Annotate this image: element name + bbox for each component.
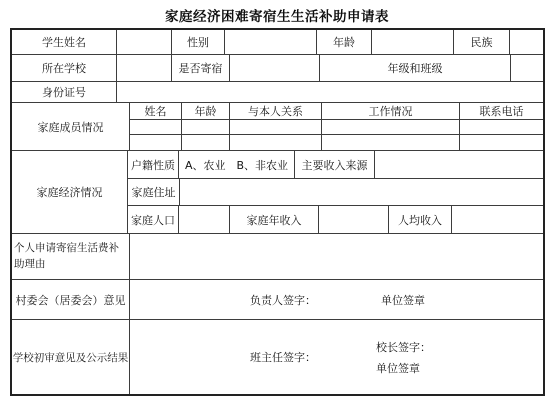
unit-seal-label: 单位签章 [381,292,425,308]
grade-class-label: 年级和班级 [320,55,511,81]
member-age-input-cell[interactable] [182,135,230,150]
principal-sign-block: 校长签字： 单位签章 [376,339,431,376]
grade-class-input-cell[interactable] [511,55,543,81]
application-form-page: 家庭经济困难寄宿生生活补助申请表 学生姓名 性别 年龄 民族 所在学校 是否寄宿… [0,0,554,400]
family-income-row: 家庭人口 家庭年收入 人均收入 [128,206,543,233]
principal-sign-label: 校长签字： [376,339,431,355]
per-capita-income-label: 人均收入 [389,206,452,233]
per-capita-income-input-cell[interactable] [452,206,543,233]
annual-income-input-cell[interactable] [319,206,389,233]
home-address-row: 家庭住址 [128,179,543,206]
member-phone-input-cell[interactable] [460,135,543,150]
member-work-column-header: 工作情况 [322,103,460,119]
id-number-input-cell[interactable] [117,82,543,102]
income-source-input-cell[interactable] [375,151,543,178]
family-members-section-label: 家庭成员情况 [12,103,130,150]
application-reason-row: 个人申请寄宿生活费补助理由 [12,234,543,280]
member-name-input-cell[interactable] [130,135,182,150]
row-id-number: 身份证号 [12,82,543,103]
household-type-row: 户籍性质 A、农业 B、非农业 主要收入来源 [128,151,543,179]
household-type-label: 户籍性质 [128,151,179,178]
family-size-input-cell[interactable] [179,206,230,233]
member-age-input-cell[interactable] [182,120,230,134]
member-name-input-cell[interactable] [130,120,182,134]
application-reason-input-cell[interactable] [130,234,543,279]
member-relation-column-header: 与本人关系 [230,103,322,119]
school-review-opinion-cell[interactable]: 班主任签字： 校长签字： 单位签章 [130,320,543,394]
family-member-blank-row [130,120,543,135]
form-title: 家庭经济困难寄宿生生活补助申请表 [0,5,554,25]
village-committee-label: 村委会（居委会）意见 [12,280,130,319]
row-basic-info-2: 所在学校 是否寄宿 年级和班级 [12,55,543,82]
member-phone-column-header: 联系电话 [460,103,543,119]
is-boarding-input-cell[interactable] [230,55,320,81]
application-reason-label: 个人申请寄宿生活费补助理由 [12,234,130,279]
form-table: 学生姓名 性别 年龄 民族 所在学校 是否寄宿 年级和班级 身份证号 家庭成员情… [10,28,545,396]
family-members-table: 姓名 年龄 与本人关系 工作情况 联系电话 [130,103,543,150]
home-address-input-cell[interactable] [180,179,543,205]
is-boarding-label: 是否寄宿 [172,55,230,81]
responsible-person-sign-label: 负责人签字： [250,292,316,308]
member-relation-input-cell[interactable] [230,120,322,134]
family-size-label: 家庭人口 [128,206,179,233]
age-label: 年龄 [317,30,372,54]
member-name-column-header: 姓名 [130,103,182,119]
member-age-column-header: 年龄 [182,103,230,119]
student-name-label: 学生姓名 [12,30,117,54]
section-family-economy: 家庭经济情况 户籍性质 A、农业 B、非农业 主要收入来源 家庭住址 家庭人口 … [12,151,543,234]
gender-label: 性别 [172,30,225,54]
age-input-cell[interactable] [372,30,454,54]
class-teacher-sign-label: 班主任签字： [250,349,316,365]
school-label: 所在学校 [12,55,117,81]
family-economy-section-label: 家庭经济情况 [12,151,128,233]
family-member-blank-row [130,135,543,150]
member-work-input-cell[interactable] [322,135,460,150]
household-type-options[interactable]: A、农业 B、非农业 [179,151,295,178]
family-members-header-row: 姓名 年龄 与本人关系 工作情况 联系电话 [130,103,543,120]
member-phone-input-cell[interactable] [460,120,543,134]
home-address-label: 家庭住址 [128,179,180,205]
id-number-label: 身份证号 [12,82,117,102]
school-unit-seal-label: 单位签章 [376,360,431,376]
village-committee-opinion-cell[interactable]: 负责人签字： 单位签章 [130,280,543,319]
row-basic-info-1: 学生姓名 性别 年龄 民族 [12,30,543,55]
school-input-cell[interactable] [117,55,172,81]
member-work-input-cell[interactable] [322,120,460,134]
gender-input-cell[interactable] [225,30,317,54]
ethnicity-label: 民族 [454,30,510,54]
family-economy-table: 户籍性质 A、农业 B、非农业 主要收入来源 家庭住址 家庭人口 家庭年收入 人… [128,151,543,233]
member-relation-input-cell[interactable] [230,135,322,150]
section-family-members: 家庭成员情况 姓名 年龄 与本人关系 工作情况 联系电话 [12,103,543,151]
village-committee-row: 村委会（居委会）意见 负责人签字： 单位签章 [12,280,543,320]
annual-income-label: 家庭年收入 [230,206,319,233]
income-source-label: 主要收入来源 [295,151,375,178]
school-review-label: 学校初审意见及公示结果 [12,320,130,394]
school-review-row: 学校初审意见及公示结果 班主任签字： 校长签字： 单位签章 [12,320,543,394]
ethnicity-input-cell[interactable] [510,30,543,54]
student-name-input-cell[interactable] [117,30,172,54]
